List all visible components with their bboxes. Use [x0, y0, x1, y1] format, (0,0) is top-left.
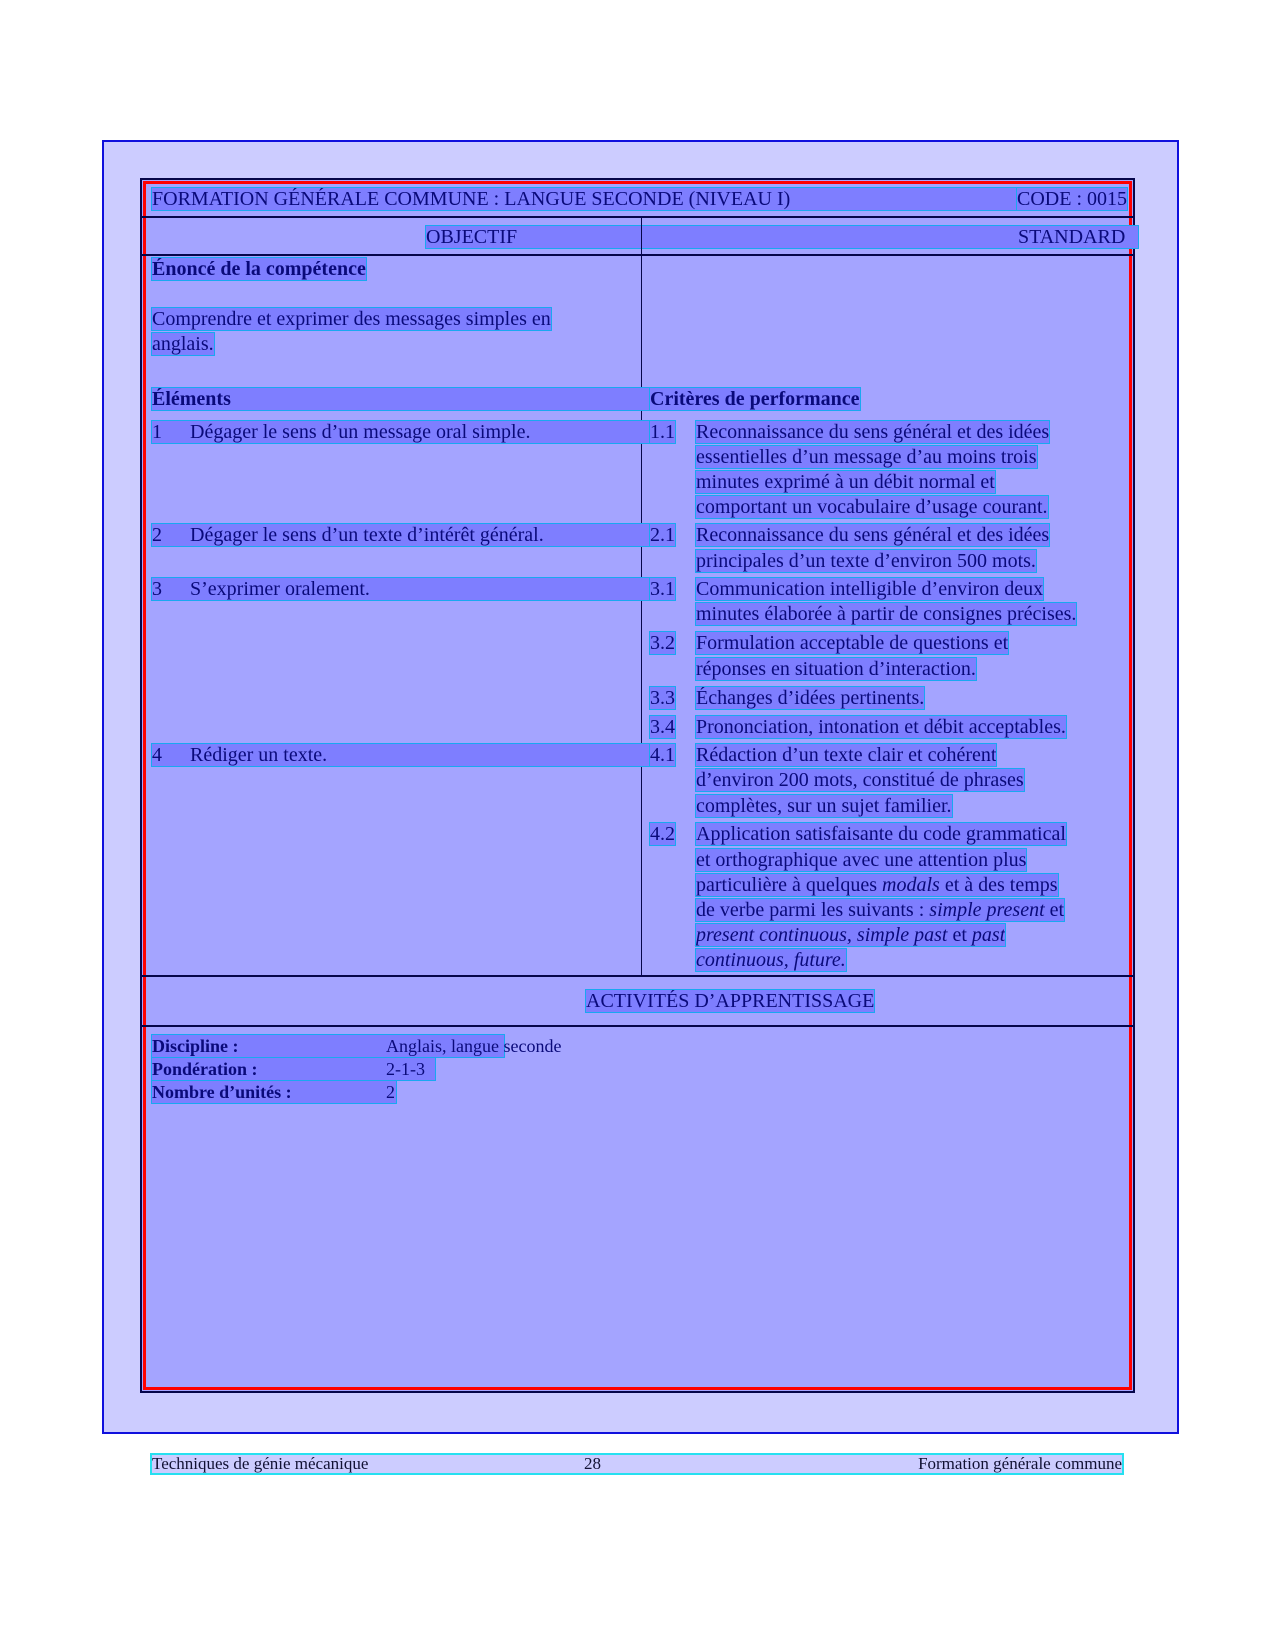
divider	[142, 1025, 1133, 1027]
ponderation-row: Pondération :2-1-3	[152, 1058, 435, 1080]
element-item: 1Dégager le sens d’un message oral simpl…	[152, 421, 652, 443]
page-footer: Techniques de génie mécanique 28 Formati…	[152, 1455, 1122, 1473]
unites-row: Nombre d’unités :2	[152, 1081, 396, 1103]
divider	[142, 975, 1133, 977]
activites-heading: ACTIVITÉS D’APPRENTISSAGE	[586, 990, 874, 1012]
page-number: 28	[584, 1455, 601, 1473]
competency-table: FORMATION GÉNÉRALE COMMUNE : LANGUE SECO…	[140, 178, 1135, 1393]
code-label: CODE : 0015	[1017, 188, 1127, 210]
divider	[142, 216, 1133, 218]
enonce-heading: Énoncé de la compétence	[152, 258, 366, 280]
column-header-standard: STANDARD	[1018, 226, 1125, 248]
footer-left: Techniques de génie mécanique	[152, 1455, 368, 1473]
discipline-row: Discipline :Anglais, langue seconde	[152, 1035, 504, 1057]
criteria-heading: Critères de performance	[650, 388, 860, 410]
element-item: 4Rédiger un texte.	[152, 744, 652, 766]
element-item: 2Dégager le sens d’un texte d’intérêt gé…	[152, 524, 652, 546]
divider	[142, 254, 1133, 256]
element-item: 3S’exprimer oralement.	[152, 578, 652, 600]
footer-right: Formation générale commune	[918, 1455, 1122, 1473]
enonce-text-line1: Comprendre et exprimer des messages simp…	[152, 308, 551, 330]
table-title: FORMATION GÉNÉRALE COMMUNE : LANGUE SECO…	[152, 188, 1048, 210]
enonce-text-line2: anglais.	[152, 333, 214, 355]
elements-heading: Éléments	[152, 388, 652, 410]
